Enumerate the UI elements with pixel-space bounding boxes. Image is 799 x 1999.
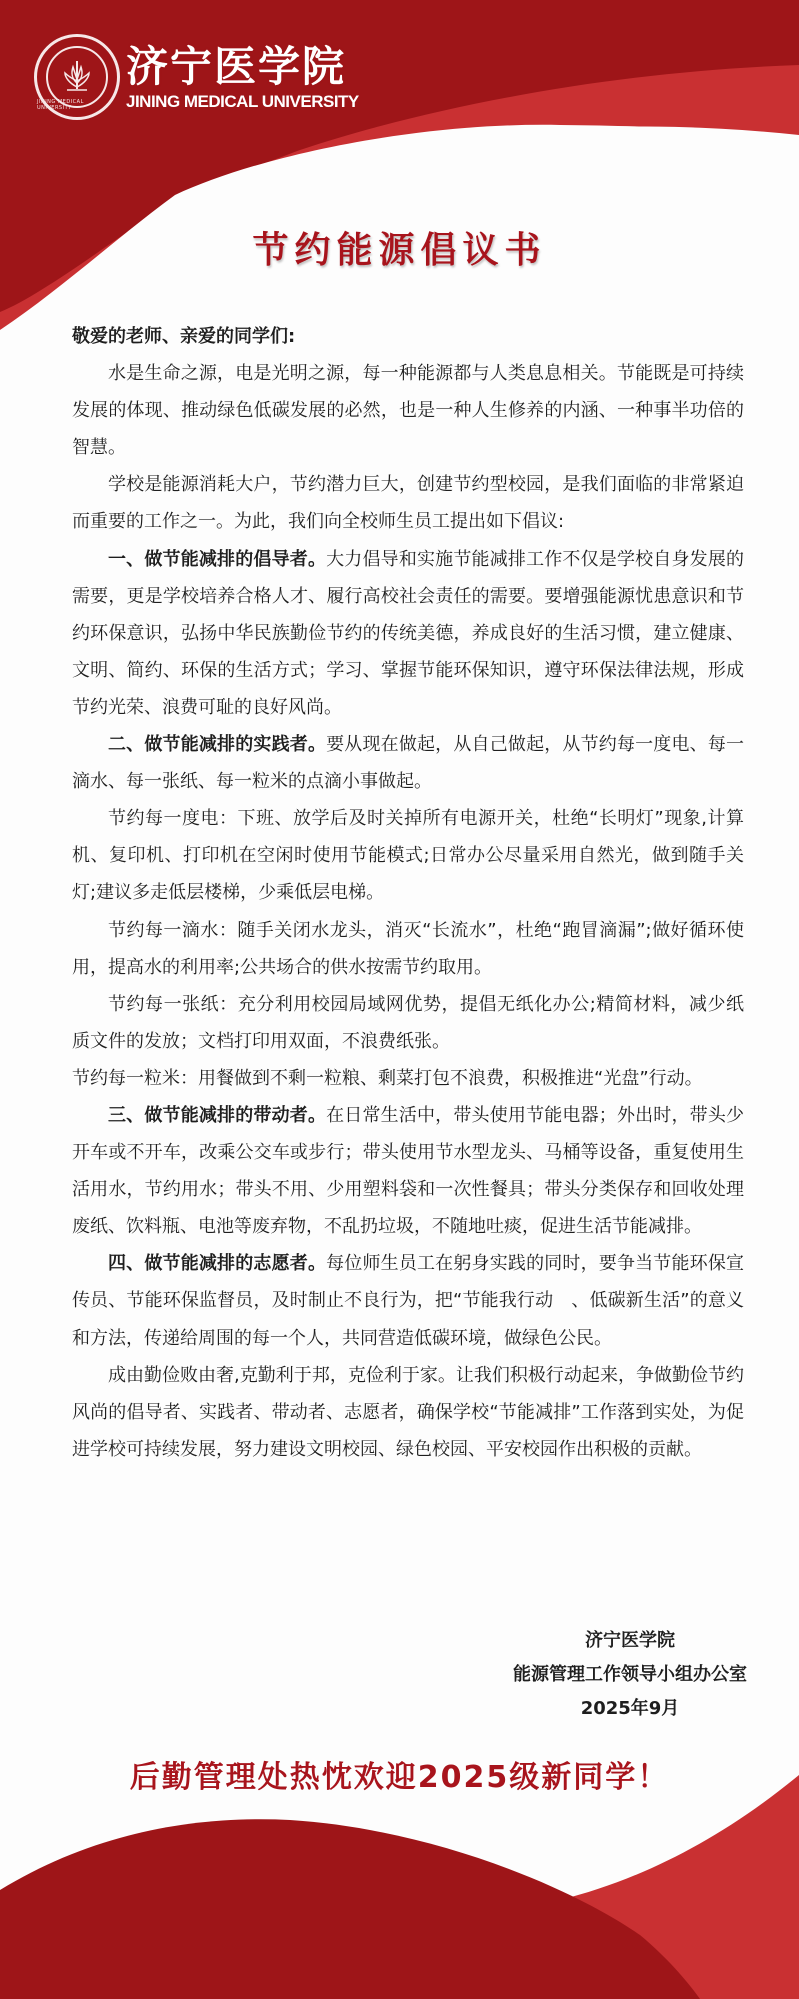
paragraph-rice: 节约每一粒米：用餐做到不剩一粒粮、剩菜打包不浪费，积极推进“光盘”行动。 <box>72 1060 744 1097</box>
paragraph-2: 学校是能源消耗大户，节约潜力巨大，创建节约型校园，是我们面临的非常紧迫而重要的工… <box>72 466 744 540</box>
proposal-body: 敬爱的老师、亲爱的同学们: 水是生命之源，电是光明之源，每一种能源都与人类息息相… <box>72 318 744 1468</box>
paragraph-electricity: 节约每一度电：下班、放学后及时关掉所有电源开关，杜绝“长明灯”现象,计算机、复印… <box>72 800 744 911</box>
paragraph-text: 学校是能源消耗大户，节约潜力巨大，创建节约型校园，是我们面临的非常紧迫而重要的工… <box>72 474 744 532</box>
paragraph-closing: 成由勤俭败由奢,克勤利于邦，克俭利于家。让我们积极行动起来，争做勤俭节约风尚的倡… <box>72 1357 744 1468</box>
paragraph-text: 大力倡导和实施节能减排工作不仅是学校自身发展的需要，更是学校培养合格人才、履行高… <box>72 549 744 718</box>
paragraph-text: 节约每一度电：下班、放学后及时关掉所有电源开关，杜绝“长明灯”现象,计算机、复印… <box>72 808 744 903</box>
section-heading: 一、做节能减排的倡导者。 <box>108 549 326 570</box>
signature-block: 济宁医学院 能源管理工作领导小组办公室 2025年9月 <box>480 1624 780 1726</box>
greeting: 敬爱的老师、亲爱的同学们: <box>72 318 744 355</box>
paragraph-text: 成由勤俭败由奢,克勤利于邦，克俭利于家。让我们积极行动起来，争做勤俭节约风尚的倡… <box>72 1365 744 1460</box>
welcome-slogan: 后勤管理处热忱欢迎2025级新同学！ <box>0 1752 799 1796</box>
paragraph-text: 节约每一滴水：随手关闭水龙头，消灭“长流水”，杜绝“跑冒滴漏”;做好循环使用，提… <box>72 920 744 978</box>
paragraph-text: 水是生命之源，电是光明之源，每一种能源都与人类息息相关。节能既是可持续发展的体现… <box>72 363 744 458</box>
logo-english-name: JINING MEDICAL UNIVERSITY <box>126 92 359 112</box>
footer-wave-dark <box>0 1819 700 1999</box>
university-logo: JINING MEDICAL UNIVERSITY 济宁医学院 JINING M… <box>34 34 359 120</box>
paragraph-paper: 节约每一张纸：充分利用校园局域网优势，提倡无纸化办公;精简材料，减少纸质文件的发… <box>72 986 744 1060</box>
paragraph-text: 节约每一粒米：用餐做到不剩一粒粮、剩菜打包不浪费，积极推进“光盘”行动。 <box>72 1068 703 1089</box>
paragraph-text: 节约每一张纸：充分利用校园局域网优势，提倡无纸化办公;精简材料，减少纸质文件的发… <box>72 994 744 1052</box>
seal-text: JINING MEDICAL UNIVERSITY <box>37 37 117 117</box>
signature-date: 2025年9月 <box>480 1692 780 1726</box>
signature-org: 济宁医学院 <box>480 1624 780 1658</box>
paragraph-volunteer: 四、做节能减排的志愿者。每位师生员工在躬身实践的同时，要争当节能环保宣传员、节能… <box>72 1245 744 1356</box>
page-title: 节约能源倡议书 <box>0 222 799 273</box>
section-heading: 二、做节能减排的实践者。 <box>108 734 326 755</box>
university-seal-icon: JINING MEDICAL UNIVERSITY <box>34 34 120 120</box>
paragraph-leader: 三、做节能减排的带动者。在日常生活中，带头使用节能电器；外出时，带头少开车或不开… <box>72 1097 744 1245</box>
section-heading: 三、做节能减排的带动者。 <box>108 1105 326 1126</box>
paragraph-advocate: 一、做节能减排的倡导者。大力倡导和实施节能减排工作不仅是学校自身发展的需要，更是… <box>72 541 744 726</box>
signature-office: 能源管理工作领导小组办公室 <box>480 1658 780 1692</box>
paragraph-practitioner: 二、做节能减排的实践者。要从现在做起，从自己做起，从节约每一度电、每一滴水、每一… <box>72 726 744 800</box>
logo-chinese-name: 济宁医学院 <box>126 42 359 92</box>
paragraph-water: 节约每一滴水：随手关闭水龙头，消灭“长流水”，杜绝“跑冒滴漏”;做好循环使用，提… <box>72 912 744 986</box>
section-heading: 四、做节能减排的志愿者。 <box>108 1253 326 1274</box>
paragraph-1: 水是生命之源，电是光明之源，每一种能源都与人类息息相关。节能既是可持续发展的体现… <box>72 355 744 466</box>
